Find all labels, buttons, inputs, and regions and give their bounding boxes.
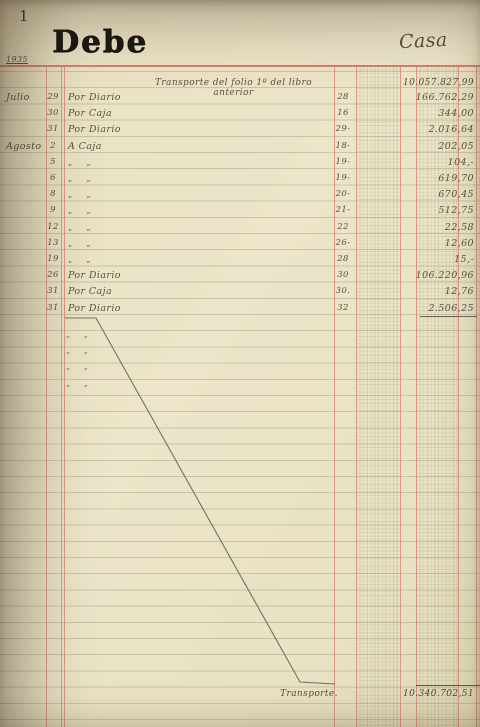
entry-amount: 15,-	[344, 252, 474, 267]
entry-day: 26	[44, 268, 62, 283]
entry-day: 31	[44, 301, 62, 316]
entry-month: Agosto	[6, 139, 44, 154]
page-number: 1	[19, 7, 29, 25]
entry-description: A Caja	[68, 139, 102, 154]
ledger-entry-row: 8 „ „ 20- 670,45	[0, 187, 480, 202]
entry-description: Por Diario	[68, 122, 121, 137]
entry-amount: 166.762,29	[344, 90, 474, 105]
entry-amount: 12,76	[344, 284, 474, 299]
ledger-entry-row: 6 „ „ 19- 619,70	[0, 171, 480, 186]
entry-day: 5	[44, 155, 62, 170]
footer-transport-label: Transporte.	[278, 689, 340, 699]
footer-transport-amount: 10.340.702,51	[344, 689, 474, 699]
entry-amount: 12,60	[344, 236, 474, 251]
ledger-entry-row: Agosto 2 A Caja 18- 202,05	[0, 139, 480, 154]
entry-day: 6	[44, 171, 62, 186]
ledger-entry-row: 31 Por Diario 32 2.506,25	[0, 301, 480, 316]
entry-month: Julio	[6, 90, 44, 105]
ledger-entry-row: 13 „ „ 26- 12,60	[0, 236, 480, 251]
entry-description: Por Diario	[68, 90, 121, 105]
ledger-entry-row: 31 Por Diario 29- 2.016,64	[0, 122, 480, 137]
entry-day: 13	[44, 236, 62, 251]
entry-amount: 22,58	[344, 220, 474, 235]
entry-description: „ „	[68, 252, 91, 267]
entry-amount: 670,45	[344, 187, 474, 202]
entry-amount: 104,-	[344, 155, 474, 170]
entry-description: „ „	[68, 203, 91, 218]
ledger-entry-row: 5 „ „ 19- 104,-	[0, 155, 480, 170]
head-rule	[0, 65, 480, 67]
carry-forward-amount: 10.057.827,99	[344, 78, 474, 88]
entry-day: 19	[44, 252, 62, 267]
entry-amount: 2.016,64	[344, 122, 474, 137]
ledger-entry-row: Julio 29 Por Diario 28 166.762,29	[0, 90, 480, 105]
entry-description: „ „	[68, 187, 91, 202]
entry-day: 8	[44, 187, 62, 202]
year-note: 1935	[6, 55, 28, 64]
ledger-entry-row: 9 „ „ 21- 512,75	[0, 203, 480, 218]
stray-ditto-mark: „ „	[66, 362, 88, 371]
entry-description: „ „	[68, 155, 91, 170]
ledger-entry-row: 19 „ „ 28 15,-	[0, 252, 480, 267]
ledger-entry-row: 26 Por Diario 30 106.220,96	[0, 268, 480, 283]
ledger-page: 1 1935 Debe Casa Transporte del folio 1º…	[0, 0, 480, 727]
entry-day: 2	[44, 139, 62, 154]
entry-amount: 512,75	[344, 203, 474, 218]
entry-description: Por Diario	[68, 301, 121, 316]
stray-ditto-mark: „ „	[66, 330, 88, 339]
entry-day: 30	[44, 106, 62, 121]
ledger-entry-row: 12 „ „ 22 22,58	[0, 220, 480, 235]
entry-amount: 344,00	[344, 106, 474, 121]
entry-description: „ „	[68, 220, 91, 235]
entry-description: Por Diario	[68, 268, 121, 283]
entry-day: 29	[44, 90, 62, 105]
account-title: Casa	[398, 29, 448, 54]
entry-day: 31	[44, 122, 62, 137]
entry-description: Por Caja	[68, 106, 112, 121]
debit-heading: Debe	[52, 24, 148, 60]
stray-ditto-mark: „ „	[66, 379, 88, 388]
entry-amount: 2.506,25	[344, 301, 474, 316]
entry-amount: 106.220,96	[344, 268, 474, 283]
entry-description: „ „	[68, 171, 91, 186]
ledger-entry-row: 30 Por Caja 16 344,00	[0, 106, 480, 121]
stray-ditto-mark: „ „	[66, 346, 88, 355]
entry-amount: 202,05	[344, 139, 474, 154]
entry-amount: 619,70	[344, 171, 474, 186]
subtotal-underline	[420, 316, 477, 317]
entry-description: Por Caja	[68, 284, 112, 299]
total-rule	[416, 685, 480, 686]
ledger-entry-row: 31 Por Caja 30. 12,76	[0, 284, 480, 299]
entry-day: 9	[44, 203, 62, 218]
entry-day: 12	[44, 220, 62, 235]
entry-description: „ „	[68, 236, 91, 251]
entry-day: 31	[44, 284, 62, 299]
